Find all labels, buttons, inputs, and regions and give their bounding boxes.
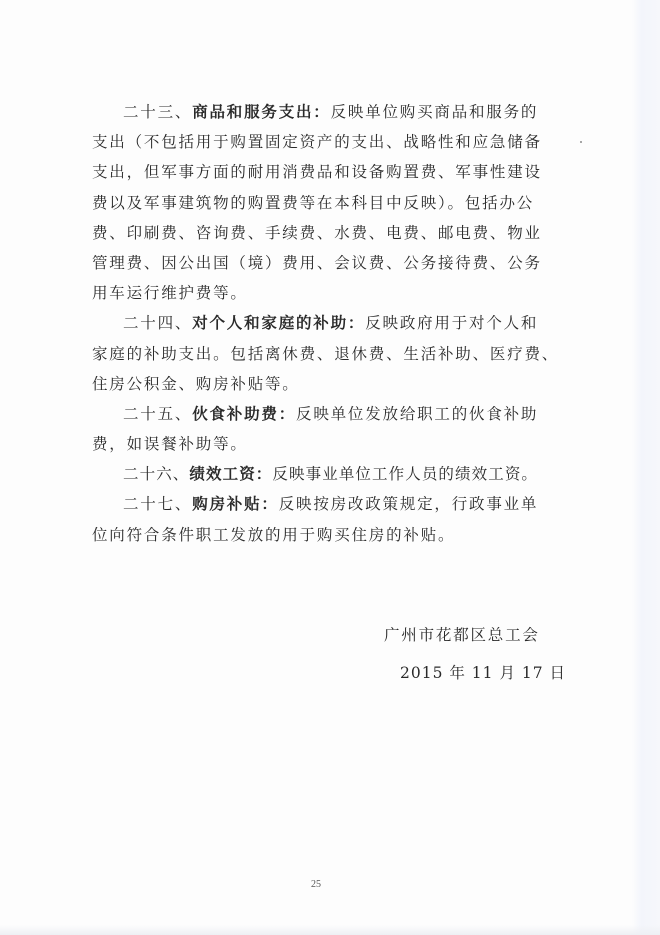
paragraph-24-text: 反映政府用于对个人和 <box>365 314 538 332</box>
paragraph-23-heading: 商品和服务支出： <box>192 102 330 121</box>
document-body: 二十三、商品和服务支出：反映单位购买商品和服务的 支出（不包括用于购置固定资产的… <box>92 97 544 550</box>
scan-edge-shadow-bottom <box>0 925 660 935</box>
paragraph-26-heading: 绩效工资： <box>189 464 272 483</box>
paragraph-24-number: 二十四、 <box>123 314 192 332</box>
paragraph-23-line-1: 二十三、商品和服务支出：反映单位购买商品和服务的 <box>92 97 544 127</box>
page-number: 25 <box>311 879 321 890</box>
paragraph-23-line-2: 支出（不包括用于购置固定资产的支出、战略性和应急储备 <box>92 127 544 157</box>
paragraph-23-line-5: 费、印刷费、咨询费、手续费、水费、电费、邮电费、物业 <box>92 218 544 248</box>
paragraph-27-text: 反映按房改政策规定，行政事业单 <box>279 495 539 513</box>
paragraph-23-number: 二十三、 <box>123 103 192 121</box>
paragraph-24-line-1: 二十四、对个人和家庭的补助：反映政府用于对个人和 <box>92 308 544 338</box>
scan-edge-shadow-right <box>632 0 660 935</box>
paragraph-23-text: 反映单位购买商品和服务的 <box>331 103 539 121</box>
paragraph-23-line-7: 用车运行维护费等。 <box>92 278 544 308</box>
paragraph-23-line-6: 管理费、因公出国（境）费用、会议费、公务接待费、公务 <box>92 248 544 278</box>
paragraph-25-text: 反映单位发放给职工的伙食补助 <box>296 405 538 423</box>
paragraph-26-line-1: 二十六、绩效工资：反映事业单位工作人员的绩效工资。 <box>92 459 544 489</box>
paragraph-25-number: 二十五、 <box>123 405 192 423</box>
signature-date: 2015 年 11 月 17 日 <box>400 658 566 688</box>
signature-organization: 广州市花都区总工会 <box>384 620 540 650</box>
paragraph-27-line-2: 位向符合条件职工发放的用于购买住房的补贴。 <box>92 520 544 550</box>
document-page: 二十三、商品和服务支出：反映单位购买商品和服务的 支出（不包括用于购置固定资产的… <box>0 0 660 935</box>
paragraph-24-line-3: 住房公积金、购房补贴等。 <box>92 369 544 399</box>
paragraph-23-line-4: 费以及军事建筑物的购置费等在本科目中反映）。包括办公 <box>92 188 544 218</box>
paragraph-24-line-2: 家庭的补助支出。包括离休费、退休费、生活补助、医疗费、 <box>92 339 544 369</box>
paragraph-26-text: 反映事业单位工作人员的绩效工资。 <box>272 465 538 483</box>
paragraph-25-heading: 伙食补助费： <box>192 404 296 423</box>
scan-speck <box>580 141 582 143</box>
paragraph-25-line-2: 费，如误餐补助等。 <box>92 429 544 459</box>
paragraph-25-line-1: 二十五、伙食补助费：反映单位发放给职工的伙食补助 <box>92 399 544 429</box>
paragraph-27-line-1: 二十七、购房补贴：反映按房改政策规定，行政事业单 <box>92 489 544 519</box>
paragraph-27-number: 二十七、 <box>123 495 192 513</box>
paragraph-23-line-3: 支出，但军事方面的耐用消费品和设备购置费、军事性建设 <box>92 157 544 187</box>
paragraph-27-heading: 购房补贴： <box>192 494 279 513</box>
paragraph-26-number: 二十六、 <box>123 465 189 483</box>
paragraph-24-heading: 对个人和家庭的补助： <box>192 313 365 332</box>
